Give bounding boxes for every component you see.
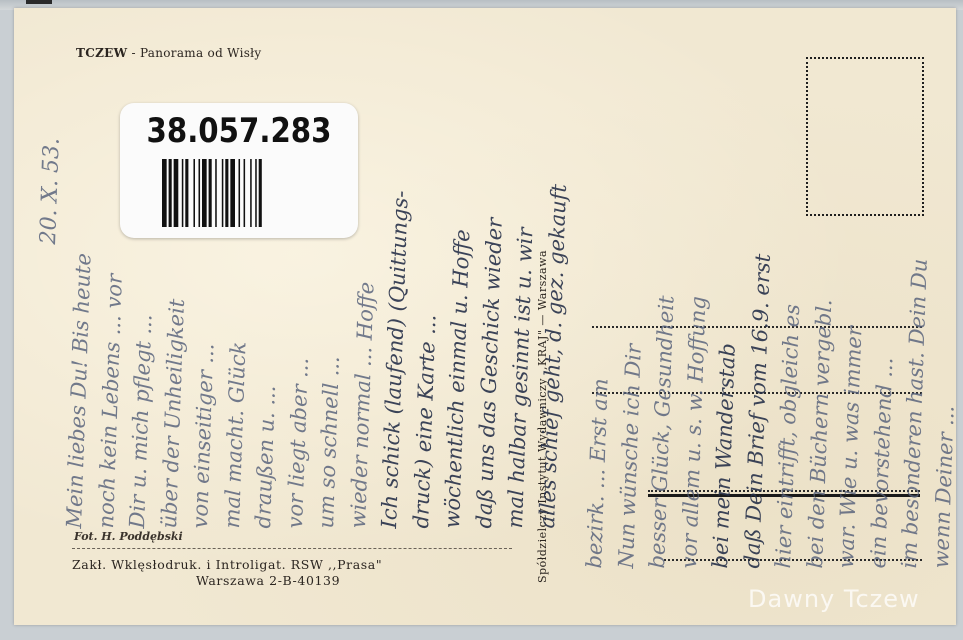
handwritten-line: war. Wie u. was immer <box>834 326 866 569</box>
handwritten-line: um so schnell ... <box>314 356 344 529</box>
handwritten-line: Mein liebes Du! Bis heute <box>62 253 96 529</box>
inventory-number: 38.057.283 <box>137 111 342 151</box>
handwritten-line: mal halbar gesinnt ist u. wir <box>503 227 537 529</box>
handwritten-line: hier eintrifft, obgleich es <box>771 304 804 569</box>
handwritten-date: 20. X. 53. <box>36 137 65 244</box>
handwritten-line: wöchentlich einmal u. Hoffe <box>440 229 474 529</box>
handwritten-line: Ich schick (laufend) (Quittungs- <box>377 190 413 529</box>
handwritten-line: bei den Büchern vergebl. <box>803 299 836 569</box>
postcard-back: TCZEW - Panorama od Wisły Fot. H. Poddęb… <box>14 8 956 625</box>
handwritten-line: noch kein Lebens ... vor <box>94 273 127 528</box>
handwritten-line: ein bevorstehend ... <box>866 357 897 569</box>
handwritten-line: daß Dein Brief vom 16.9. erst <box>740 253 775 568</box>
handwritten-line: daß uns das Geschick wieder <box>472 217 507 528</box>
printer-line-1: Zakł. Wklęsłodruk. i Introligat. RSW ,,P… <box>72 557 382 572</box>
handwritten-line: vor liegt aber ... <box>283 357 313 529</box>
handwritten-line: wieder normal ... Hoffe <box>346 281 379 528</box>
handwritten-line: druck) eine Karte ... <box>409 314 440 529</box>
scanner-mark <box>26 0 52 4</box>
title-place: TCZEW <box>76 46 127 60</box>
handwritten-line: bei mein Wanderstab <box>708 343 740 569</box>
handwritten-line: draußen u. ... <box>251 385 280 529</box>
credit-divider <box>72 548 512 549</box>
barcode-icon <box>162 159 322 227</box>
inventory-label: 38.057.283 <box>120 103 358 238</box>
photographer-credit: Fot. H. Poddębski <box>74 530 183 543</box>
handwritten-line: wenn Deiner ... <box>929 405 959 569</box>
handwritten-line: vor allem u. s. w. Hoffung <box>677 296 710 569</box>
handwritten-line: von einseitiger ... <box>188 343 218 529</box>
handwritten-line: mal macht. Glück <box>220 341 251 529</box>
handwritten-line: Dir u. mich pflegt ... <box>125 314 156 529</box>
stamp-placeholder-box <box>806 57 924 216</box>
watermark: Dawny Tczew <box>748 585 920 613</box>
title-caption: - Panorama od Wisły <box>127 46 261 60</box>
handwritten-line: besser Glück, Gesundheit <box>645 295 679 569</box>
handwritten-line: bezirk. ... Erst am <box>582 378 613 569</box>
handwritten-line: im besonderen hast. Dein Du <box>897 258 932 568</box>
handwritten-line: über der Unheiligkeit <box>157 298 189 528</box>
printer-line-2: Warszawa 2-B-40139 <box>196 573 340 588</box>
postcard-title: TCZEW - Panorama od Wisły <box>76 46 261 60</box>
handwritten-line: Nun wünsche ich Dir <box>614 344 646 569</box>
